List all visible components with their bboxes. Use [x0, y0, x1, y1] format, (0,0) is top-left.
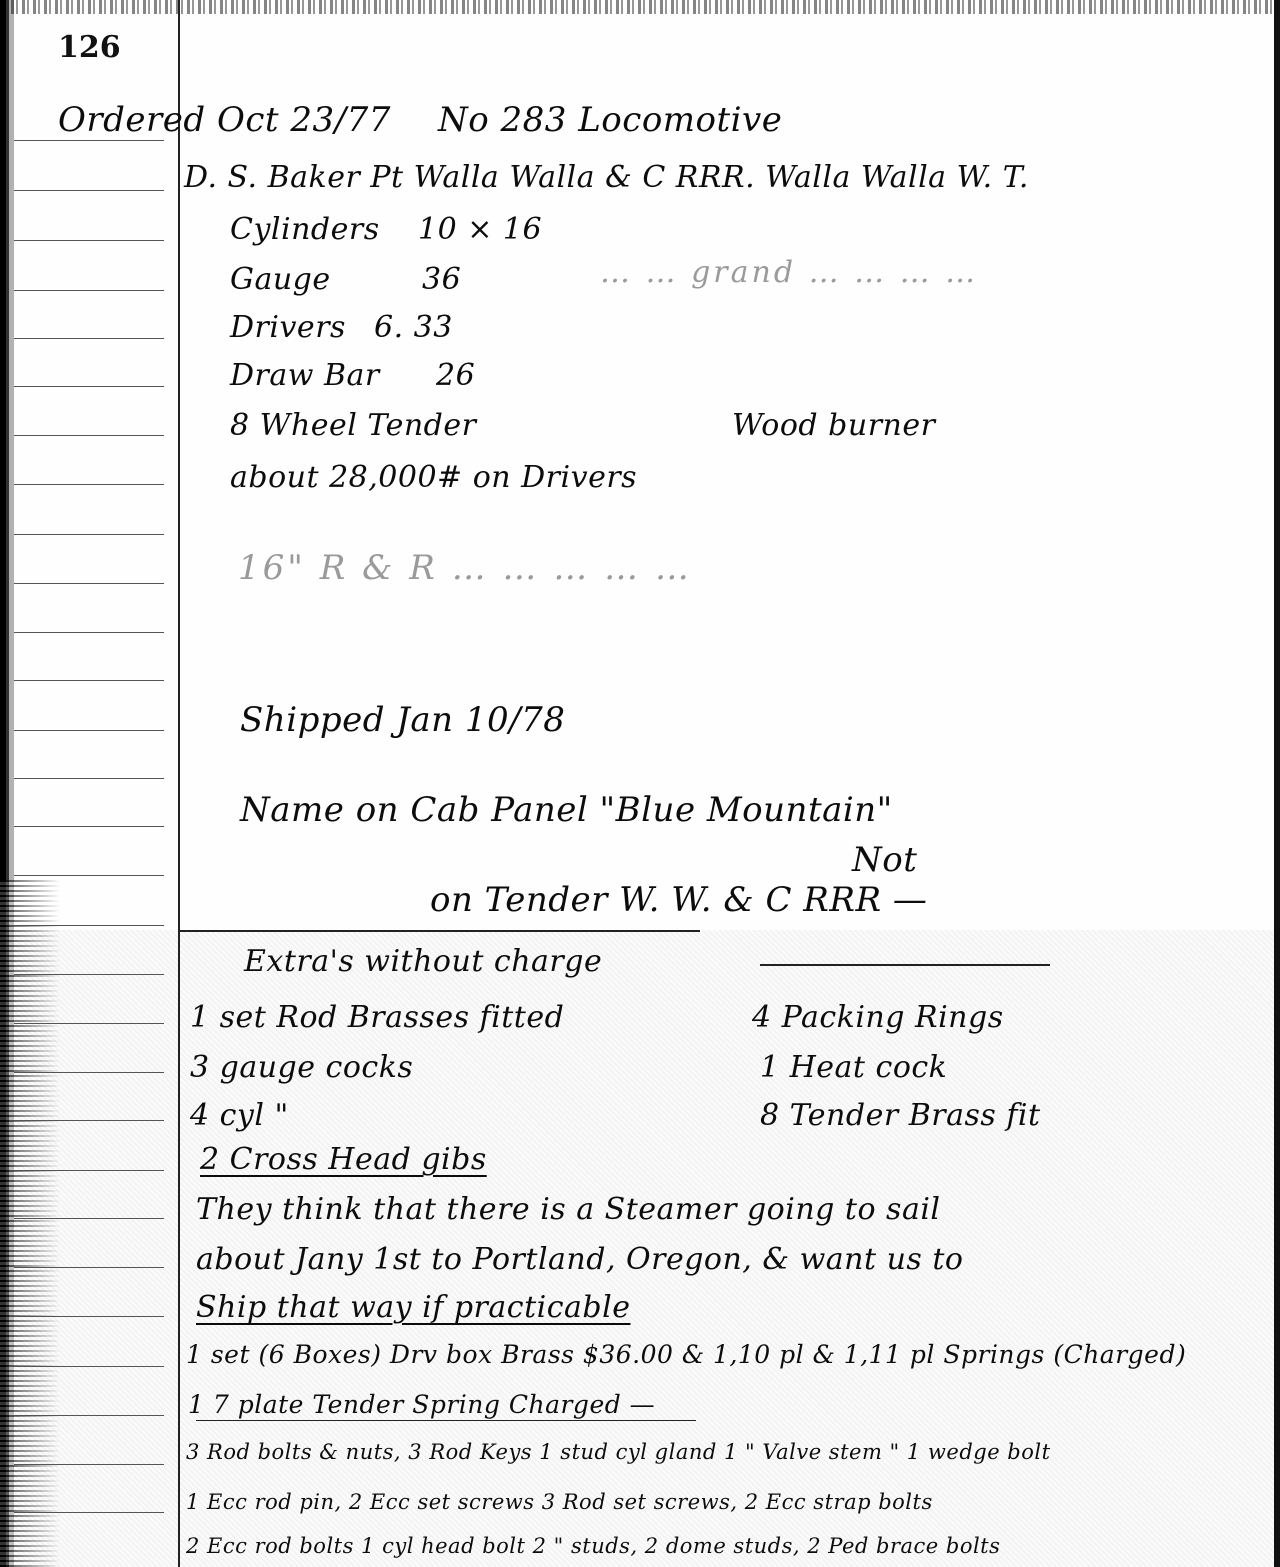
- margin-line: [14, 1072, 164, 1073]
- parts-line: 2 Ecc rod bolts 1 cyl head bolt 2 " stud…: [186, 1534, 1000, 1558]
- margin-line: [14, 583, 164, 584]
- faint-rod-note: 16" R & R … … … … …: [238, 548, 692, 588]
- charged-line: 1 set (6 Boxes) Drv box Brass $36.00 & 1…: [186, 1340, 1186, 1369]
- margin-line: [14, 240, 164, 241]
- tender-name: on Tender W. W. & C RRR —: [430, 880, 927, 920]
- margin-line: [14, 338, 164, 339]
- extra-item: 3 gauge cocks: [190, 1050, 413, 1085]
- extra-item: 8 Tender Brass fit: [760, 1098, 1041, 1133]
- weight-spec: about 28,000# on Drivers: [230, 460, 637, 495]
- margin-line: [14, 1316, 164, 1317]
- drivers-value: 6. 33: [374, 310, 453, 345]
- extra-item: 4 Packing Rings: [752, 1000, 1004, 1035]
- margin-line: [14, 778, 164, 779]
- gauge-label: Gauge: [230, 262, 331, 297]
- charged-underline: [196, 1420, 696, 1421]
- margin-line: [14, 1023, 164, 1024]
- tender-spec: 8 Wheel Tender: [230, 408, 476, 443]
- margin-line: [14, 925, 164, 926]
- margin-line: [14, 534, 164, 535]
- margin-line: [14, 435, 164, 436]
- margin-line: [14, 875, 164, 876]
- heading-underline: [760, 964, 1050, 966]
- margin-line: [14, 190, 164, 191]
- margin-line: [14, 680, 164, 681]
- margin-line: [14, 1366, 164, 1367]
- drivers-label: Drivers: [230, 310, 346, 345]
- note-line: about Jany 1st to Portland, Oregon, & wa…: [196, 1242, 963, 1277]
- margin-line: [14, 974, 164, 975]
- charged-line: 1 7 plate Tender Spring Charged —: [188, 1390, 655, 1419]
- ledger-page: 126 Ordered Oct 23/77 No 283 Locomotive …: [0, 0, 1280, 1567]
- page-number: 126: [58, 30, 121, 65]
- margin-line: [14, 1120, 164, 1121]
- drawbar-label: Draw Bar: [230, 358, 380, 393]
- cab-name: Name on Cab Panel "Blue Mountain": [240, 790, 893, 830]
- margin-line: [14, 386, 164, 387]
- order-number: No 283 Locomotive: [438, 100, 782, 140]
- parts-line: 1 Ecc rod pin, 2 Ecc set screws 3 Rod se…: [186, 1490, 933, 1514]
- shipped-date: Shipped Jan 10/78: [240, 700, 565, 740]
- section-divider: [180, 930, 700, 932]
- customer-line: D. S. Baker Pt Walla Walla & C RRR. Wall…: [184, 160, 1029, 195]
- fuel-spec: Wood burner: [732, 408, 935, 443]
- parts-line: 3 Rod bolts & nuts, 3 Rod Keys 1 stud cy…: [186, 1440, 1051, 1464]
- cylinders-label: Cylinders: [230, 212, 380, 247]
- margin-line: [14, 1218, 164, 1219]
- margin-line: [14, 1512, 164, 1513]
- margin-line: [14, 140, 164, 141]
- margin-line: [14, 484, 164, 485]
- not-note: Not: [852, 840, 917, 880]
- extra-item: 2 Cross Head gibs: [200, 1142, 487, 1177]
- drawbar-value: 26: [436, 358, 475, 393]
- ordered-date: Ordered Oct 23/77: [58, 100, 391, 140]
- extras-heading: Extra's without charge: [244, 944, 602, 979]
- cylinders-value: 10 × 16: [418, 212, 542, 247]
- scan-top-edge: [0, 0, 1280, 14]
- gauge-value: 36: [422, 262, 461, 297]
- extra-item: 1 set Rod Brasses fitted: [190, 1000, 564, 1035]
- margin-line: [14, 826, 164, 827]
- note-line: Ship that way if practicable: [196, 1290, 630, 1325]
- margin-line: [14, 1267, 164, 1268]
- margin-line: [14, 1170, 164, 1171]
- margin-line: [14, 1464, 164, 1465]
- faint-note: … … grand … … … …: [600, 255, 978, 290]
- margin-line: [14, 1415, 164, 1416]
- scan-right-edge: [1274, 0, 1280, 1567]
- note-line: They think that there is a Steamer going…: [196, 1192, 941, 1227]
- extra-item: 1 Heat cock: [760, 1050, 947, 1085]
- margin-line: [14, 290, 164, 291]
- margin-line: [14, 632, 164, 633]
- extra-item: 4 cyl ": [190, 1098, 289, 1133]
- margin-rule: [178, 0, 180, 1567]
- margin-line: [14, 730, 164, 731]
